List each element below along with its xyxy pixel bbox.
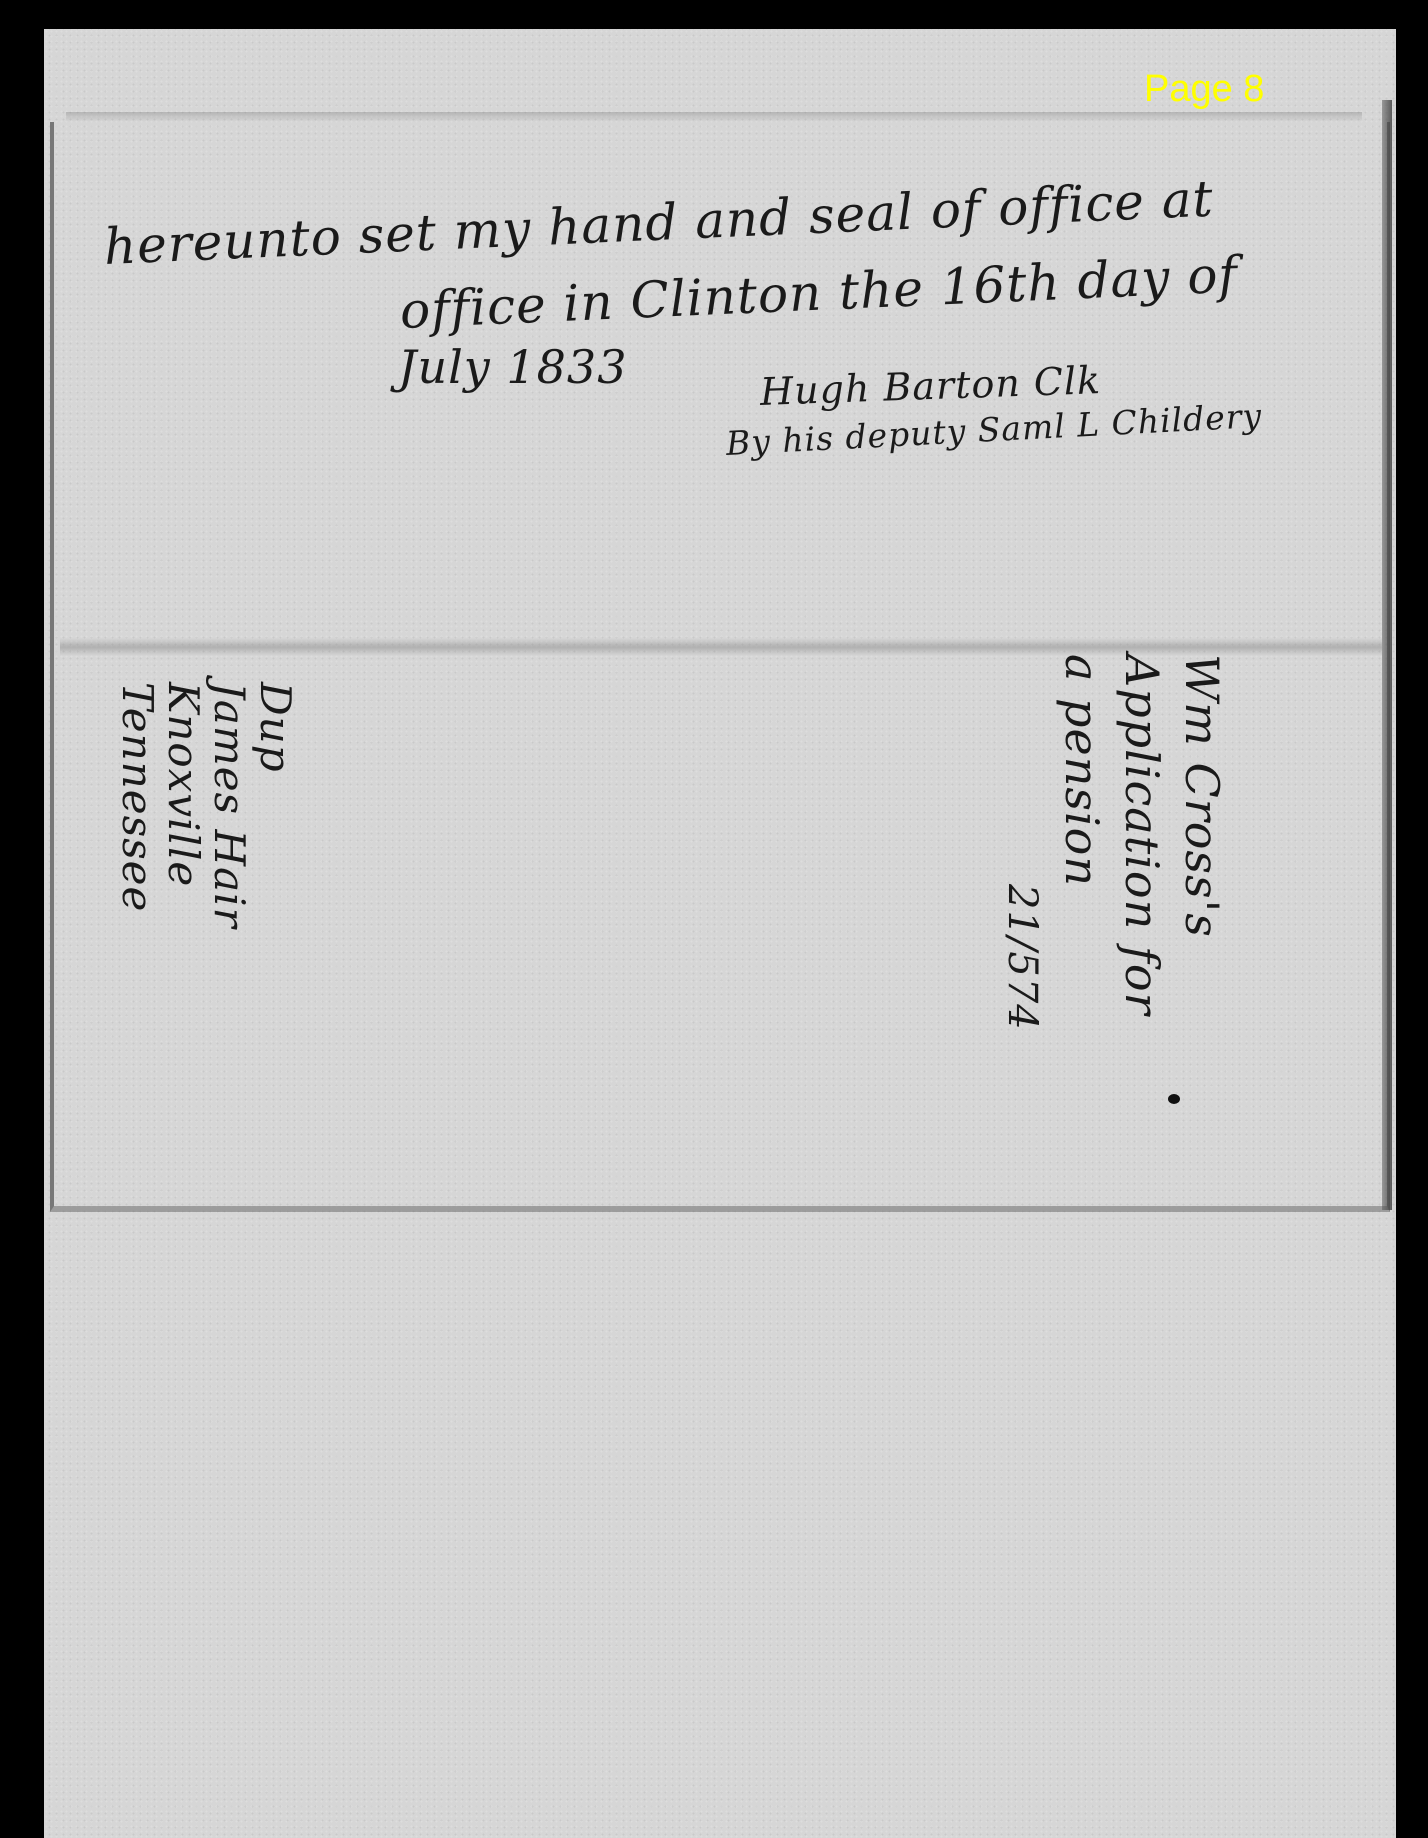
top-fold-shadow: [66, 112, 1362, 122]
docket-line-2: Application for: [1112, 654, 1172, 1031]
address-line-1: Dup: [252, 682, 298, 929]
docket-endorsement: Wm Cross's Application for a pension 21/…: [992, 654, 1232, 1031]
body-line-3: July 1833: [398, 340, 627, 394]
page-number-label: Page 8: [1144, 68, 1264, 111]
docket-number: 21/574: [992, 884, 1052, 1031]
address-line-2: James Hair: [206, 682, 252, 929]
docket-line-1: Wm Cross's: [1172, 654, 1232, 1031]
docket-line-3: a pension: [1052, 654, 1112, 1031]
address-line-4: Tennessee: [114, 682, 160, 929]
address-endorsement: Dup James Hair Knoxville Tennessee: [114, 682, 298, 929]
right-edge-shadow: [1382, 100, 1392, 1210]
ink-blot: [1168, 1094, 1180, 1104]
address-line-3: Knoxville: [160, 682, 206, 929]
